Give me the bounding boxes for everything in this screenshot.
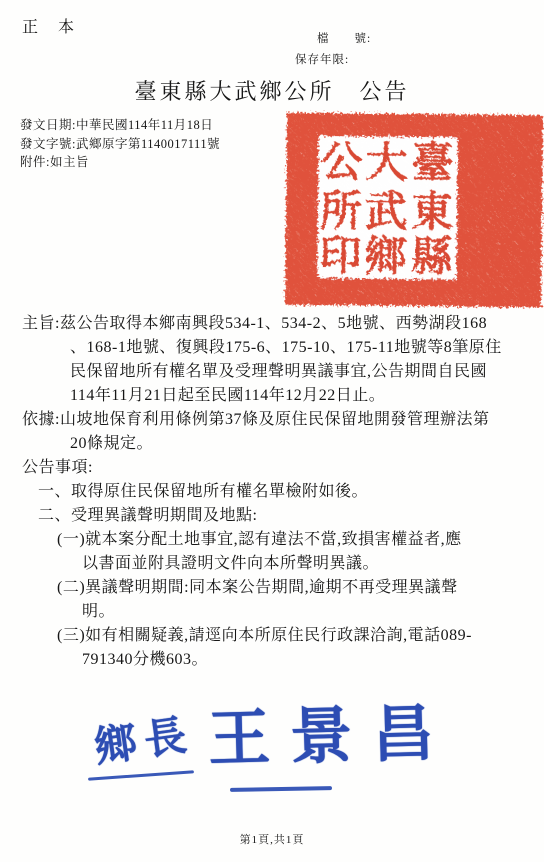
body-line-subitem-3: (三)如有相關疑義,請逕向本所原住民行政課洽詢,電話089-: [22, 624, 527, 648]
seal-char: 大: [365, 139, 408, 186]
document-meta: 發文日期:中華民國114年11月18日 發文字號:武鄉原字第1140017111…: [20, 116, 220, 172]
document-page: 正 本 檔 號: 保存年限: 臺東縣大武鄉公所 公告 發文日期:中華民國114年…: [0, 0, 544, 862]
body-line-subject: 主旨:茲公告取得本鄉南興段534-1、534-2、5地號、西勢湖段168: [22, 312, 527, 336]
body-line-subitem-1: (一)就本案分配土地事宜,認有違法不當,致損害權益者,應: [22, 528, 527, 552]
copy-type-label: 正 本: [22, 14, 76, 37]
announcement-body: 主旨:茲公告取得本鄉南興段534-1、534-2、5地號、西勢湖段168 、16…: [22, 312, 527, 672]
body-line-item-1: 一、取得原住民保留地所有權名單檢附如後。: [22, 480, 527, 504]
seal-char: 鄉: [364, 233, 407, 280]
seal-char: 印: [319, 234, 361, 280]
seal-char: 臺: [411, 140, 454, 187]
issue-number-line: 發文字號:武鄉原字第1140017111號: [20, 135, 220, 154]
body-line: 114年11月21日起至民國114年12月22日止。: [22, 384, 527, 408]
attachment-line: 附件:如主旨: [20, 153, 220, 172]
retention-period-label: 保存年限:: [295, 50, 371, 71]
body-line: 民保留地所有權名單及受理聲明異議事宜,公告期間自民國: [22, 360, 527, 384]
archive-labels: 檔 號: 保存年限:: [295, 29, 371, 71]
signature-name: 王景昌: [207, 683, 455, 778]
seal-char: 縣: [410, 234, 453, 281]
body-line: 791340分機603。: [22, 648, 527, 672]
document-title: 臺東縣大武鄉公所 公告: [0, 75, 544, 106]
body-line: 明。: [22, 600, 527, 624]
seal-char: 東: [411, 189, 454, 236]
seal-char: 武: [365, 188, 408, 235]
body-line-item-2: 二、受理異議聲明期間及地點:: [22, 504, 527, 528]
body-line-items-header: 公告事項:: [22, 456, 527, 480]
body-line: 以書面並附具證明文件向本所聲明異議。: [22, 552, 527, 576]
body-line: 、168-1地號、復興段175-6、175-10、175-11地號等8筆原住: [22, 336, 527, 360]
signature-underline: [230, 786, 332, 792]
issue-date-line: 發文日期:中華民國114年11月18日: [20, 116, 220, 135]
mayor-signature-stamp: 鄉長 王景昌: [80, 686, 500, 804]
official-seal-icon: 臺 東 縣 大 武 鄉 公 所 印: [282, 110, 544, 313]
body-line: 20條規定。: [22, 432, 527, 456]
body-line-subitem-2: (二)異議聲明期間:同本案公告期間,逾期不再受理異議聲: [22, 576, 527, 600]
file-number-label: 檔 號:: [295, 29, 371, 50]
seal-char: 公: [320, 140, 362, 186]
official-seal-stamp: 臺 東 縣 大 武 鄉 公 所 印: [282, 110, 544, 313]
seal-char: 所: [320, 188, 363, 235]
page-number: 第1頁,共1頁: [0, 831, 544, 847]
body-line-legal-basis: 依據:山坡地保育利用條例第37條及原住民保留地開發管理辦法第: [22, 408, 527, 432]
signature-title: 鄉長: [90, 701, 197, 774]
